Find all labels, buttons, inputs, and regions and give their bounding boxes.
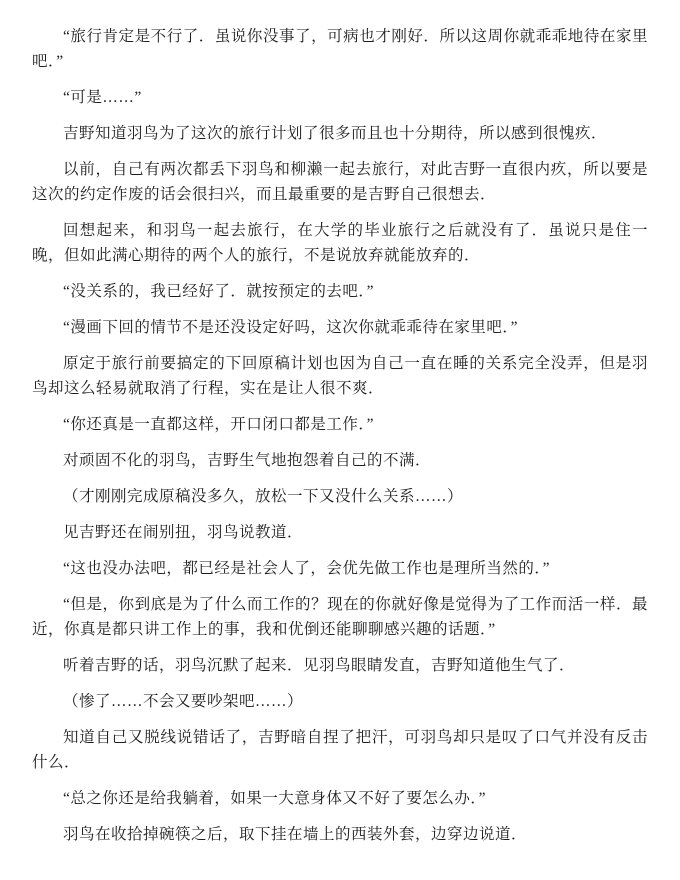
paragraph-narration: 见吉野还在闹别扭，羽鸟说教道． xyxy=(32,520,648,545)
paragraph-dialogue: “你还真是一直都这样，开口闭口都是工作．” xyxy=(32,412,648,437)
paragraph-dialogue: “旅行肯定是不行了．虽说你没事了，可病也才刚好．所以这周你就乖乖地待在家里吧．” xyxy=(32,24,648,74)
paragraph-dialogue: “没关系的，我已经好了．就按预定的去吧．” xyxy=(32,279,648,304)
paragraph-dialogue: “这也没办法吧，都已经是社会人了，会优先做工作也是理所当然的．” xyxy=(32,556,648,581)
paragraph-narration: 吉野知道羽鸟为了这次的旅行计划了很多而且也十分期待，所以感到很愧疚． xyxy=(32,121,648,146)
paragraph-narration: 对顽固不化的羽鸟，吉野生气地抱怨着自己的不满． xyxy=(32,448,648,473)
paragraph-narration: 原定于旅行前要搞定的下回原稿计划也因为自己一直在睡的关系完全没弄，但是羽鸟却这么… xyxy=(32,351,648,401)
paragraph-dialogue: “总之你还是给我躺着，如果一大意身体又不好了要怎么办．” xyxy=(32,786,648,811)
paragraph-narration: 回想起来，和羽鸟一起去旅行，在大学的毕业旅行之后就没有了．虽说只是住一晚，但如此… xyxy=(32,218,648,268)
paragraph-narration: 羽鸟在收拾掉碗筷之后，取下挂在墙上的西装外套，边穿边说道． xyxy=(32,822,648,847)
paragraph-narration: 以前，自己有两次都丢下羽鸟和柳濑一起去旅行，对此吉野一直很内疚，所以要是这次的约… xyxy=(32,157,648,207)
paragraph-narration: 知道自己又脱线说错话了，吉野暗自捏了把汗，可羽鸟却只是叹了口气并没有反击什么． xyxy=(32,725,648,775)
paragraph-inner-thought: （惨了……不会又要吵架吧……） xyxy=(32,689,648,714)
paragraph-dialogue: “漫画下回的情节不是还没设定好吗，这次你就乖乖待在家里吧．” xyxy=(32,315,648,340)
paragraph-dialogue: “可是……” xyxy=(32,85,648,110)
paragraph-dialogue: “但是，你到底是为了什么而工作的？现在的你就好像是觉得为了工作而活一样．最近，你… xyxy=(32,592,648,642)
novel-page: “旅行肯定是不行了．虽说你没事了，可病也才刚好．所以这周你就乖乖地待在家里吧．”… xyxy=(0,0,680,880)
paragraph-inner-thought: （才刚刚完成原稿没多久，放松一下又没什么关系……） xyxy=(32,484,648,509)
paragraph-narration: 听着吉野的话，羽鸟沉默了起来．见羽鸟眼睛发直，吉野知道他生气了． xyxy=(32,653,648,678)
